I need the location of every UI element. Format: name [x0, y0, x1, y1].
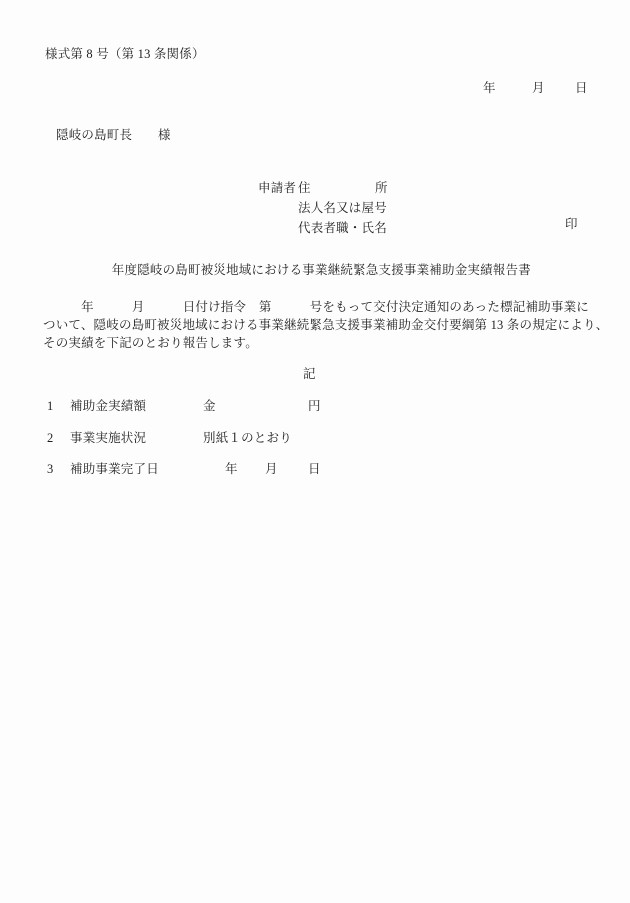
applicant-address-label-end: 所 — [375, 181, 388, 195]
date-day-label: 日 — [575, 81, 588, 95]
date-month-label: 月 — [532, 81, 545, 95]
item-3-number: 3 — [47, 462, 53, 476]
form-number: 様式第 8 号（第 13 条関係） — [45, 47, 205, 61]
applicant-address-label-start: 住 — [298, 181, 311, 195]
item-2-number: 2 — [47, 431, 53, 445]
body-line-2: ついて、隠岐の島町被災地域における事業継続緊急支援事業補助金交付要綱第 13 条… — [43, 318, 608, 332]
item-3-label: 補助事業完了日 — [70, 462, 159, 476]
document-page: 様式第 8 号（第 13 条関係） 年 月 日 隠岐の島町長 様 申請者 住 所… — [0, 0, 630, 903]
item-2-value: 別紙１のとおり — [203, 431, 292, 445]
item-3-year-label: 年 — [225, 462, 238, 476]
date-year-label: 年 — [483, 81, 496, 95]
item-1-currency-suffix: 円 — [308, 399, 321, 413]
item-1-number: 1 — [47, 399, 53, 413]
item-1-label: 補助金実績額 — [70, 399, 146, 413]
applicant-representative-label: 代表者職・氏名 — [298, 221, 387, 235]
body-line-3: その実績を下記のとおり報告します。 — [43, 336, 258, 350]
seal-mark: 印 — [565, 217, 578, 231]
applicant-company-label: 法人名又は屋号 — [298, 201, 387, 215]
document-title: 年度隠岐の島町被災地域における事業継続緊急支援事業補助金実績報告書 — [0, 263, 630, 277]
item-1-currency-prefix: 金 — [203, 399, 216, 413]
item-3-month-label: 月 — [265, 462, 278, 476]
item-2-label: 事業実施状況 — [70, 431, 146, 445]
addressee-honorific: 様 — [158, 128, 171, 142]
addressee-title: 隠岐の島町長 — [56, 128, 132, 142]
body-line-1: 年 月 日付け指令 第 号をもって交付決定通知のあった標記補助事業に — [43, 300, 589, 314]
record-heading: 記 — [303, 367, 316, 381]
applicant-label: 申請者 — [258, 181, 296, 195]
item-3-day-label: 日 — [308, 462, 321, 476]
